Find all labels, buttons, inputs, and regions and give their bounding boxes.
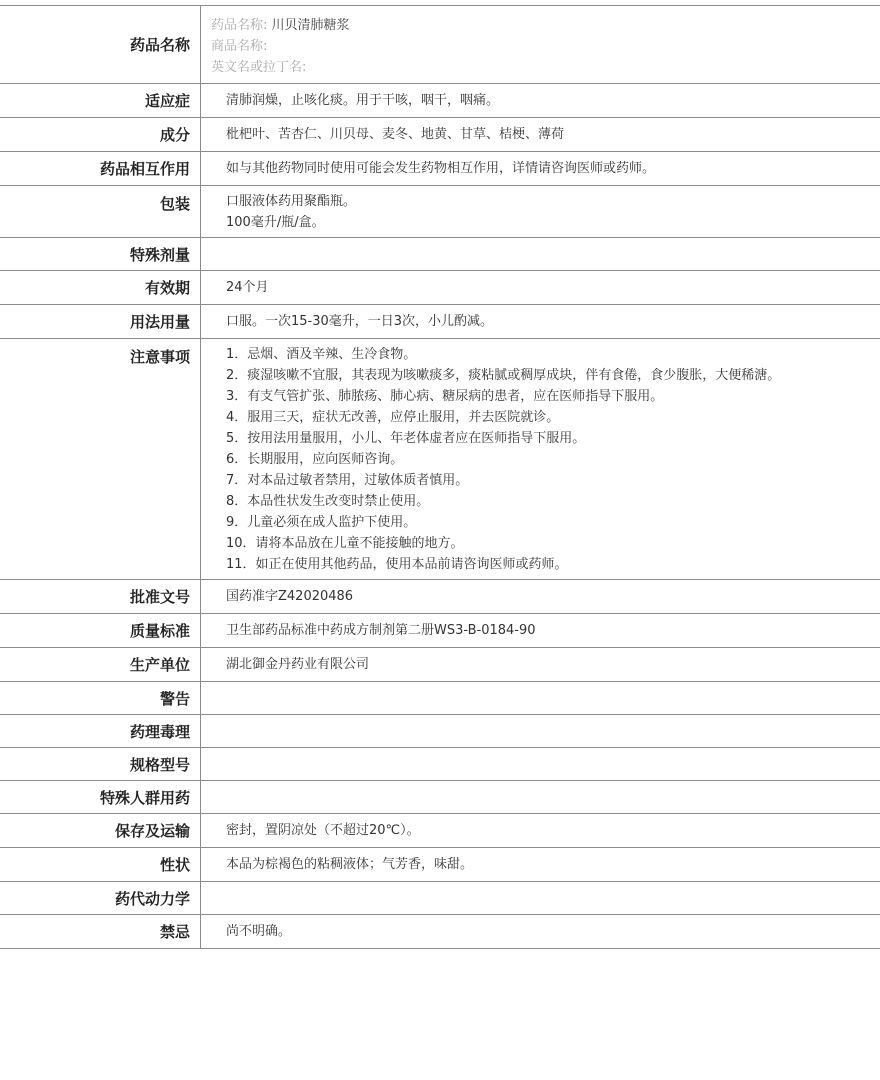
row-packaging: 包装 口服液体药用聚酯瓶。 100毫升/瓶/盒。 <box>0 186 880 238</box>
generic-name-value: 川贝清肺糖浆 <box>272 18 350 33</box>
row-pharmacokinetics: 药代动力学 <box>0 882 880 915</box>
label-drug-names: 药品名称 <box>0 6 201 84</box>
label-pharmacology-toxicology: 药理毒理 <box>0 715 201 748</box>
precaution-item: 2．痰湿咳嗽不宜服，其表现为咳嗽痰多，痰粘腻或稠厚成块，伴有食倦，食少腹胀，大便… <box>226 365 785 386</box>
packaging-line: 100毫升/瓶/盒。 <box>226 212 860 233</box>
row-drug-names: 药品名称 药品名称: 川贝清肺糖浆 商品名称: 英文名或拉丁名: <box>0 6 880 84</box>
row-special-dosage: 特殊剂量 <box>0 238 880 271</box>
label-special-dosage: 特殊剂量 <box>0 238 201 271</box>
row-precautions: 注意事项 1．忌烟、酒及辛辣、生冷食物。 2．痰湿咳嗽不宜服，其表现为咳嗽痰多，… <box>0 339 880 580</box>
label-indications: 适应症 <box>0 84 201 118</box>
precaution-item: 6．长期服用，应向医师咨询。 <box>226 449 785 470</box>
value-specification <box>201 748 880 781</box>
label-contraindications: 禁忌 <box>0 915 201 949</box>
row-pharmacology-toxicology: 药理毒理 <box>0 715 880 748</box>
label-warning: 警告 <box>0 682 201 715</box>
precaution-item: 9．儿童必须在成人监护下使用。 <box>226 512 785 533</box>
value-packaging: 口服液体药用聚酯瓶。 100毫升/瓶/盒。 <box>201 186 880 238</box>
precaution-item: 10．请将本品放在儿童不能接触的地方。 <box>226 533 785 554</box>
row-special-populations: 特殊人群用药 <box>0 781 880 814</box>
label-packaging: 包装 <box>0 186 201 238</box>
value-dosage: 口服。一次15-30毫升，一日3次，小儿酌减。 <box>201 305 880 339</box>
value-description: 本品为棕褐色的粘稠液体；气芳香，味甜。 <box>201 848 880 882</box>
precaution-item: 4．服用三天，症状无改善，应停止服用，并去医院就诊。 <box>226 407 785 428</box>
value-indications: 清肺润燥，止咳化痰。用于干咳，咽干，咽痛。 <box>201 84 880 118</box>
precaution-item: 8．本品性状发生改变时禁止使用。 <box>226 491 785 512</box>
value-approval-number: 国药准字Z42020486 <box>201 580 880 614</box>
value-storage-transport: 密封，置阴凉处（不超过20℃）。 <box>201 814 880 848</box>
row-warning: 警告 <box>0 682 880 715</box>
value-quality-standard: 卫生部药品标准中药成方制剂第二册WS3-B-0184-90 <box>201 614 880 648</box>
label-special-populations: 特殊人群用药 <box>0 781 201 814</box>
precaution-item: 7．对本品过敏者禁用，过敏体质者慎用。 <box>226 470 785 491</box>
label-description: 性状 <box>0 848 201 882</box>
label-manufacturer: 生产单位 <box>0 648 201 682</box>
row-interactions: 药品相互作用 如与其他药物同时使用可能会发生药物相互作用，详情请咨询医师或药师。 <box>0 152 880 186</box>
precaution-item: 3．有支气管扩张、肺脓疡、肺心病、糖尿病的患者，应在医师指导下服用。 <box>226 386 785 407</box>
value-drug-names: 药品名称: 川贝清肺糖浆 商品名称: 英文名或拉丁名: <box>201 6 880 84</box>
precaution-item: 5．按用法用量服用，小儿、年老体虚者应在医师指导下服用。 <box>226 428 785 449</box>
row-ingredients: 成分 枇杷叶、苦杏仁、川贝母、麦冬、地黄、甘草、桔梗、薄荷 <box>0 118 880 152</box>
row-dosage: 用法用量 口服。一次15-30毫升，一日3次，小儿酌减。 <box>0 305 880 339</box>
row-indications: 适应症 清肺润燥，止咳化痰。用于干咳，咽干，咽痛。 <box>0 84 880 118</box>
label-storage-transport: 保存及运输 <box>0 814 201 848</box>
generic-name-line: 药品名称: 川贝清肺糖浆 <box>211 15 870 36</box>
value-ingredients: 枇杷叶、苦杏仁、川贝母、麦冬、地黄、甘草、桔梗、薄荷 <box>201 118 880 152</box>
row-manufacturer: 生产单位 湖北御金丹药业有限公司 <box>0 648 880 682</box>
trade-name-key: 商品名称: <box>211 39 267 54</box>
value-precautions: 1．忌烟、酒及辛辣、生冷食物。 2．痰湿咳嗽不宜服，其表现为咳嗽痰多，痰粘腻或稠… <box>201 339 880 580</box>
label-specification: 规格型号 <box>0 748 201 781</box>
english-name-key: 英文名或拉丁名: <box>211 60 306 75</box>
drug-spec-table: 药品名称 药品名称: 川贝清肺糖浆 商品名称: 英文名或拉丁名: 适应症 清肺润… <box>0 5 880 949</box>
value-special-populations <box>201 781 880 814</box>
value-special-dosage <box>201 238 880 271</box>
label-interactions: 药品相互作用 <box>0 152 201 186</box>
value-shelf-life: 24个月 <box>201 271 880 305</box>
english-name-line: 英文名或拉丁名: <box>211 57 870 78</box>
label-quality-standard: 质量标准 <box>0 614 201 648</box>
precaution-item: 11．如正在使用其他药品，使用本品前请咨询医师或药师。 <box>226 554 785 575</box>
value-manufacturer: 湖北御金丹药业有限公司 <box>201 648 880 682</box>
row-contraindications: 禁忌 尚不明确。 <box>0 915 880 949</box>
value-warning <box>201 682 880 715</box>
value-pharmacology-toxicology <box>201 715 880 748</box>
precaution-item: 1．忌烟、酒及辛辣、生冷食物。 <box>226 344 785 365</box>
generic-name-key: 药品名称: <box>211 18 267 33</box>
row-shelf-life: 有效期 24个月 <box>0 271 880 305</box>
row-storage-transport: 保存及运输 密封，置阴凉处（不超过20℃）。 <box>0 814 880 848</box>
row-specification: 规格型号 <box>0 748 880 781</box>
packaging-line: 口服液体药用聚酯瓶。 <box>226 191 860 212</box>
label-shelf-life: 有效期 <box>0 271 201 305</box>
value-pharmacokinetics <box>201 882 880 915</box>
row-approval-number: 批准文号 国药准字Z42020486 <box>0 580 880 614</box>
label-precautions: 注意事项 <box>0 339 201 580</box>
label-dosage: 用法用量 <box>0 305 201 339</box>
label-pharmacokinetics: 药代动力学 <box>0 882 201 915</box>
value-contraindications: 尚不明确。 <box>201 915 880 949</box>
row-description: 性状 本品为棕褐色的粘稠液体；气芳香，味甜。 <box>0 848 880 882</box>
label-approval-number: 批准文号 <box>0 580 201 614</box>
row-quality-standard: 质量标准 卫生部药品标准中药成方制剂第二册WS3-B-0184-90 <box>0 614 880 648</box>
value-interactions: 如与其他药物同时使用可能会发生药物相互作用，详情请咨询医师或药师。 <box>201 152 880 186</box>
label-ingredients: 成分 <box>0 118 201 152</box>
trade-name-line: 商品名称: <box>211 36 870 57</box>
